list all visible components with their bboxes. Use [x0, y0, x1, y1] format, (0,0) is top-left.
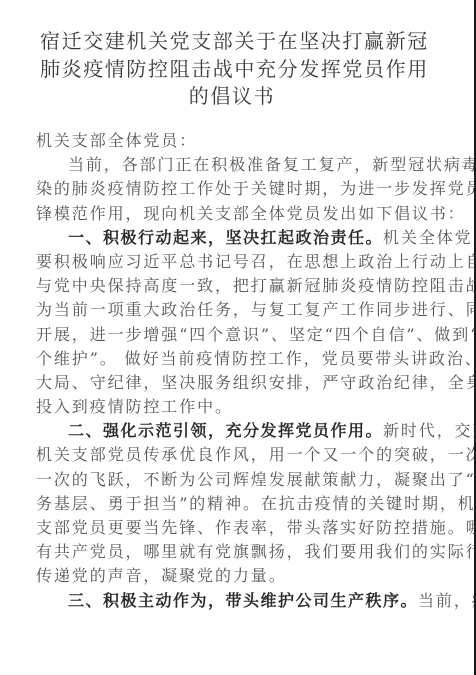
- section-1-line: 开展，进一步增强“四个意识”、坚定“四个自信”、做到“两: [36, 323, 432, 347]
- title-line-2: 肺炎疫情防控阻击战中充分发挥党员作用: [40, 56, 424, 84]
- section-2-heading: 二、强化示范引领，充分发挥党员作用。: [68, 421, 383, 440]
- section-2-first-line: 二、强化示范引领，充分发挥党员作用。新时代，交建: [36, 419, 432, 443]
- section-3-heading: 三、积极主动作为，带头维护公司生产秩序。: [68, 591, 418, 610]
- section-2-line: 机关支部党员传承优良作风，用一个又一个的突破，一次又: [36, 443, 432, 467]
- section-1-line: 大局、守纪律，坚决服务组织安排，严守政治纪律，全身心: [36, 371, 432, 395]
- section-2-line: 务基层、勇于担当”的精神。在抗击疫情的关键时期，机关: [36, 492, 432, 516]
- section-1-first-line-text: 机关全体党员: [383, 228, 476, 247]
- section-2-first-line-text: 新时代，交建: [383, 421, 476, 440]
- document-title: 宿迁交建机关党支部关于在坚决打赢新冠 肺炎疫情防控阻击战中充分发挥党员作用 的倡…: [40, 28, 424, 111]
- section-1-heading: 一、积极行动起来，坚决扛起政治责任。: [68, 228, 383, 247]
- section-2-line: 支部党员更要当先锋、作表率，带头落实好防控措施。哪里: [36, 516, 432, 540]
- section-3-first-line-text: 当前，疫: [418, 591, 476, 610]
- section-1-line: 要积极响应习近平总书记号召，在思想上政治上行动上自觉: [36, 250, 432, 274]
- section-1-line: 与党中央保持高度一致，把打赢新冠肺炎疫情防控阻击战作: [36, 274, 432, 298]
- title-line-3: 的倡议书: [40, 83, 424, 111]
- section-1-line: 为当前一项重大政治任务，与复工复产工作同步进行、同步: [36, 298, 432, 322]
- intro-line-1: 当前，各部门正在积极准备复工复产，新型冠状病毒感: [36, 153, 432, 177]
- document-body: 机关支部全体党员： 当前，各部门正在积极准备复工复产，新型冠状病毒感 染的肺炎疫…: [36, 129, 432, 613]
- section-1-line: 个维护”。 做好当前疫情防控工作，党员要带头讲政治、顾: [36, 347, 432, 371]
- section-3-first-line: 三、积极主动作为，带头维护公司生产秩序。当前，疫: [36, 589, 432, 613]
- section-1-first-line: 一、积极行动起来，坚决扛起政治责任。机关全体党员: [36, 226, 432, 250]
- section-2-line: 一次的飞跃，不断为公司辉煌发展献策献力，凝聚出了“服: [36, 468, 432, 492]
- section-1-line: 投入到疫情防控工作中。: [36, 395, 432, 419]
- title-line-1: 宿迁交建机关党支部关于在坚决打赢新冠: [40, 28, 424, 56]
- intro-line-2: 染的肺炎疫情防控工作处于关键时期，为进一步发挥党员先: [36, 177, 432, 201]
- section-2-line: 传递党的声音，凝聚党的力量。: [36, 564, 432, 588]
- intro-line-3: 锋模范作用，现向机关支部全体党员发出如下倡议书：: [36, 202, 432, 226]
- section-2-line: 有共产党员，哪里就有党旗飘扬，我们要用我们的实际行动: [36, 540, 432, 564]
- document-page: 宿迁交建机关党支部关于在坚决打赢新冠 肺炎疫情防控阻击战中充分发挥党员作用 的倡…: [0, 0, 474, 675]
- salutation: 机关支部全体党员：: [36, 129, 432, 153]
